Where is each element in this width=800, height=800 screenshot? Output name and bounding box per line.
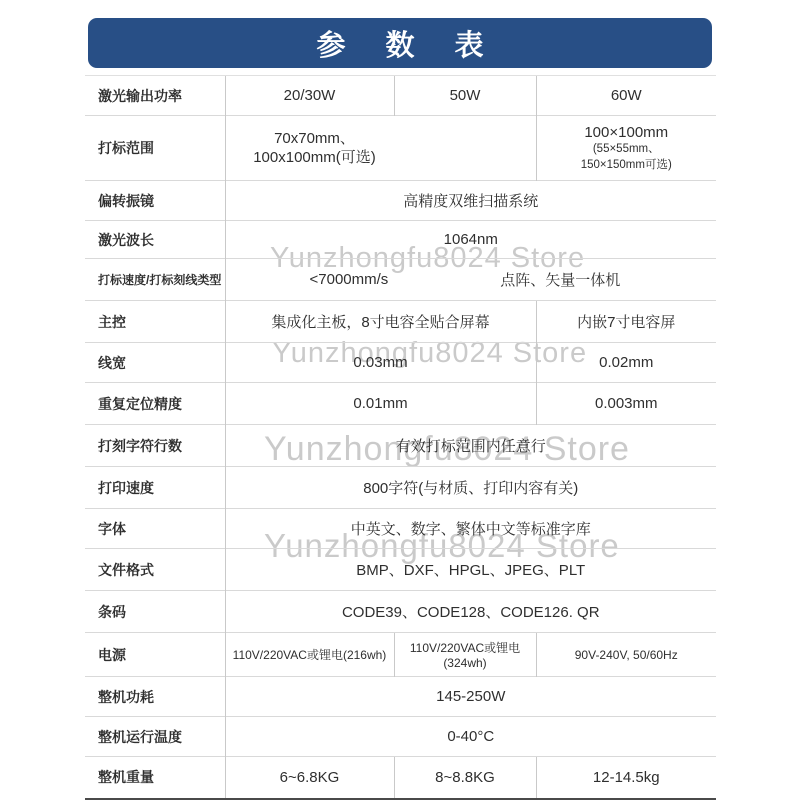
spec-value: 有效打标范围内任意行 [225, 425, 716, 467]
spec-row: 字体 中英文、数字、繁体中文等标准字库 [85, 509, 716, 549]
spec-row: 打标速度/打标刻线类型 <7000mm/s 点阵、矢量一体机 [85, 259, 716, 301]
spec-value: 6~6.8KG [225, 757, 394, 799]
spec-label: 打刻字符行数 [85, 425, 225, 467]
spec-label: 主控 [85, 301, 225, 343]
spec-value: 集成化主板，8寸电容全贴合屏幕 [225, 301, 536, 343]
table-title-banner: 参 数 表 [88, 18, 712, 68]
spec-value: 90V-240V, 50/60Hz [536, 633, 716, 677]
spec-row: 整机运行温度 0-40°C [85, 717, 716, 757]
spec-value: 50W [394, 76, 536, 116]
spec-row: 激光波长 1064nm [85, 221, 716, 259]
spec-value-right: 点阵、矢量一体机 [500, 269, 620, 290]
spec-row: 偏转振镜 高精度双维扫描系统 [85, 181, 716, 221]
spec-value: BMP、DXF、HPGL、JPEG、PLT [225, 549, 716, 591]
spec-row: 文件格式 BMP、DXF、HPGL、JPEG、PLT [85, 549, 716, 591]
spec-value: 0.03mm [225, 343, 536, 383]
spec-value: 800字符(与材质、打印内容有关) [225, 467, 716, 509]
spec-row: 打刻字符行数 有效打标范围内任意行 [85, 425, 716, 467]
spec-value: 内嵌7寸电容屏 [536, 301, 716, 343]
spec-value-lines: 70x70mm、 100x100mm(可选) [160, 129, 470, 168]
spec-label: 整机重量 [85, 757, 225, 799]
spec-label: 字体 [85, 509, 225, 549]
spec-value: 20/30W [225, 76, 394, 116]
spec-value: 0.02mm [536, 343, 716, 383]
spec-label: 电源 [85, 633, 225, 677]
spec-value: 8~8.8KG [394, 757, 536, 799]
spec-sheet-page: 参 数 表 Yunzhongfu8024 Store Yunzhongfu802… [0, 0, 800, 800]
spec-value: 0-40°C [225, 717, 716, 757]
spec-table: 激光输出功率 20/30W 50W 60W 打标范围 70x70mm、 100x… [85, 75, 716, 800]
spec-value: 12-14.5kg [536, 757, 716, 799]
spec-label: 激光输出功率 [85, 76, 225, 116]
spec-value: 100×100mm (55×55mm、 150×150mm可选) [536, 116, 716, 181]
spec-row: 打标范围 70x70mm、 100x100mm(可选) 100×100mm (5… [85, 116, 716, 181]
spec-value: 0.01mm [225, 383, 536, 425]
spec-value-left: <7000mm/s [310, 271, 389, 288]
spec-value: <7000mm/s 点阵、矢量一体机 [225, 259, 716, 301]
spec-label: 整机功耗 [85, 677, 225, 717]
spec-row: 条码 CODE39、CODE128、CODE126. QR [85, 591, 716, 633]
spec-value: 110V/220VAC或锂电(324wh) [394, 633, 536, 677]
spec-label: 打标速度/打标刻线类型 [85, 259, 225, 301]
spec-row: 打印速度 800字符(与材质、打印内容有关) [85, 467, 716, 509]
spec-label: 条码 [85, 591, 225, 633]
spec-row: 激光输出功率 20/30W 50W 60W [85, 76, 716, 116]
spec-label: 重复定位精度 [85, 383, 225, 425]
spec-label: 打印速度 [85, 467, 225, 509]
spec-row: 主控 集成化主板，8寸电容全贴合屏幕 内嵌7寸电容屏 [85, 301, 716, 343]
spec-value: 0.003mm [536, 383, 716, 425]
spec-label: 文件格式 [85, 549, 225, 591]
spec-row: 电源 110V/220VAC或锂电(216wh) 110V/220VAC或锂电(… [85, 633, 716, 677]
page-title: 参 数 表 [300, 23, 499, 64]
spec-row: 整机重量 6~6.8KG 8~8.8KG 12-14.5kg [85, 757, 716, 799]
spec-value: 110V/220VAC或锂电(216wh) [225, 633, 394, 677]
spec-label: 激光波长 [85, 221, 225, 259]
spec-value: 70x70mm、 100x100mm(可选) [225, 116, 536, 181]
spec-row: 线宽 0.03mm 0.02mm [85, 343, 716, 383]
spec-value: CODE39、CODE128、CODE126. QR [225, 591, 716, 633]
spec-label: 整机运行温度 [85, 717, 225, 757]
spec-value: 中英文、数字、繁体中文等标准字库 [225, 509, 716, 549]
spec-value: 1064nm [225, 221, 716, 259]
spec-value: 60W [536, 76, 716, 116]
spec-row: 重复定位精度 0.01mm 0.003mm [85, 383, 716, 425]
spec-label: 线宽 [85, 343, 225, 383]
spec-value: 高精度双维扫描系统 [225, 181, 716, 221]
spec-value: 145-250W [225, 677, 716, 717]
spec-label: 偏转振镜 [85, 181, 225, 221]
spec-row: 整机功耗 145-250W [85, 677, 716, 717]
